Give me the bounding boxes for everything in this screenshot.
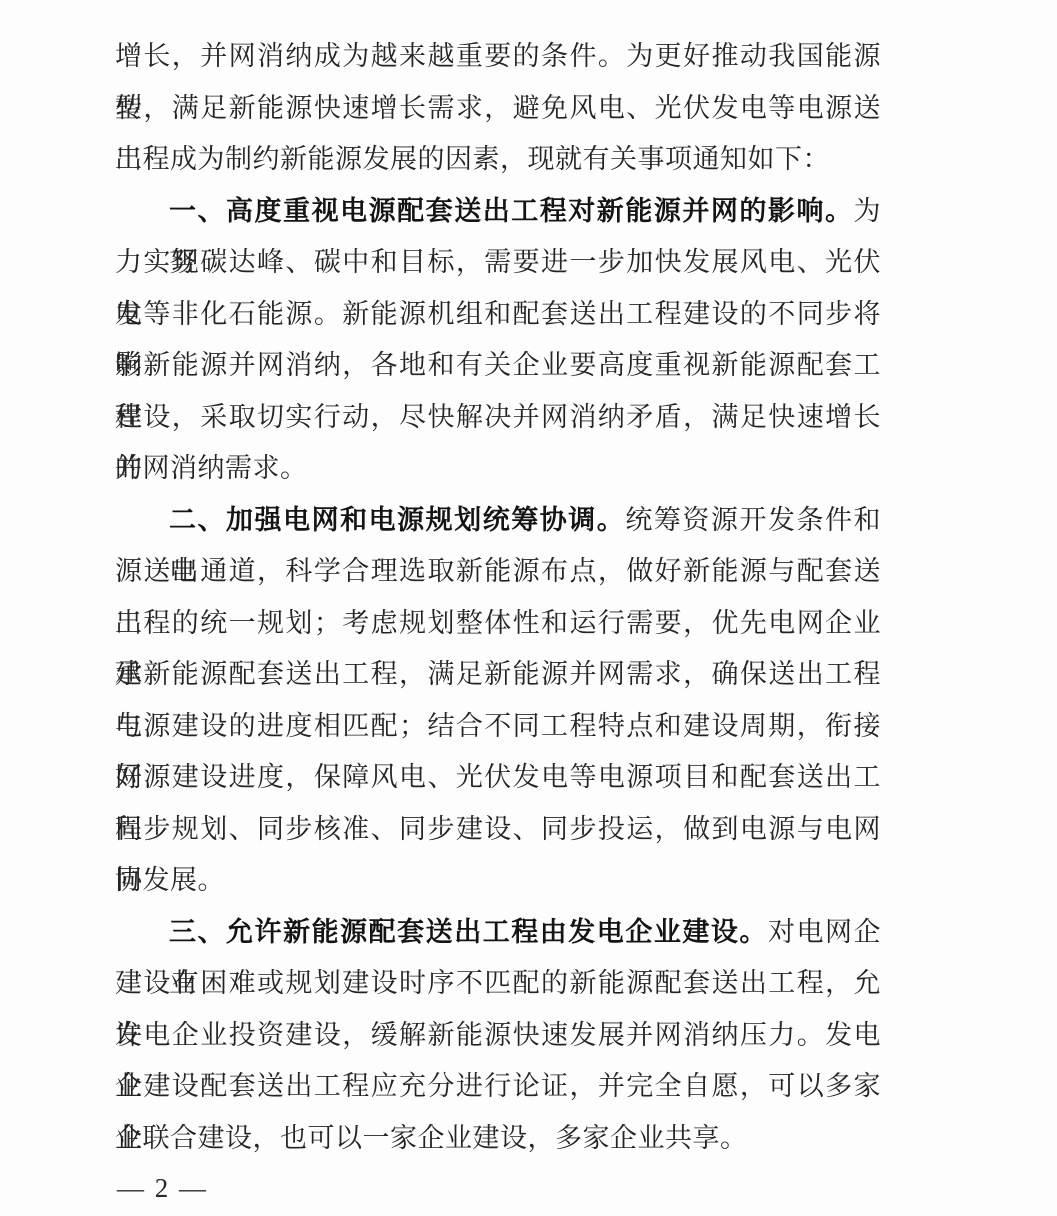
text-line: 业建设配套送出工程应充分进行论证，并完全自愿，可以多家企 (115, 1061, 881, 1113)
text-line: 型，满足新能源快速增长需求，避免风电、光伏发电等电源送出 (115, 83, 881, 135)
text-line: 业联合建设，也可以一家企业建设，多家企业共享。 (115, 1113, 881, 1165)
scanned-document-page: 增长，并网消纳成为越来越重要的条件。为更好推动我国能源转型，满足新能源快速增长需… (0, 0, 1057, 1216)
section-heading-line: 三、允许新能源配套送出工程由发电企业建设。对电网企业 (115, 907, 881, 959)
text-line: 同发展。 (115, 855, 881, 907)
text-line: 建设，采取切实行动，尽快解决并网消纳矛盾，满足快速增长的 (115, 392, 881, 444)
body-text: 并网消纳需求。 (115, 453, 308, 483)
heading-text: 一、高度重视电源配套送出工程对新能源并网的影响。 (169, 196, 854, 226)
text-line: 工程成为制约新能源发展的因素，现就有关事项通知如下： (115, 134, 881, 186)
text-line: 工程的统一规划；考虑规划整体性和运行需要，优先电网企业承 (115, 598, 881, 650)
text-line: 响新能源并网消纳，各地和有关企业要高度重视新能源配套工程 (115, 340, 881, 392)
text-line: 力实现碳达峰、碳中和目标，需要进一步加快发展风电、光伏发 (115, 237, 881, 289)
text-line: 并网消纳需求。 (115, 443, 881, 495)
text-line: 建设有困难或规划建设时序不匹配的新能源配套送出工程，允许 (115, 958, 881, 1010)
section-heading-line: 二、加强电网和电源规划统筹协调。统筹资源开发条件和电 (115, 495, 881, 547)
text-line: 建新能源配套送出工程，满足新能源并网需求，确保送出工程与 (115, 649, 881, 701)
page-number: — 2 — (117, 1168, 208, 1208)
document-body: 增长，并网消纳成为越来越重要的条件。为更好推动我国能源转型，满足新能源快速增长需… (115, 31, 881, 1164)
body-text: 工程成为制约新能源发展的因素，现就有关事项通知如下： (115, 144, 830, 174)
text-line: 网源建设进度，保障风电、光伏发电等电源项目和配套送出工程 (115, 752, 881, 804)
text-line: 电源建设的进度相匹配；结合不同工程特点和建设周期，衔接好 (115, 701, 881, 753)
text-line: 源送出通道，科学合理选取新能源布点，做好新能源与配套送出 (115, 546, 881, 598)
text-line: 发电企业投资建设，缓解新能源快速发展并网消纳压力。发电企 (115, 1010, 881, 1062)
heading-text: 三、允许新能源配套送出工程由发电企业建设。 (169, 917, 768, 947)
text-line: 同步规划、同步核准、同步建设、同步投运，做到电源与电网协 (115, 804, 881, 856)
section-heading-line: 一、高度重视电源配套送出工程对新能源并网的影响。为努 (115, 186, 881, 238)
heading-text: 二、加强电网和电源规划统筹协调。 (169, 505, 625, 535)
text-line: 电等非化石能源。新能源机组和配套送出工程建设的不同步将影 (115, 289, 881, 341)
body-text: 同发展。 (115, 865, 225, 895)
body-text: 业联合建设，也可以一家企业建设，多家企业共享。 (115, 1123, 748, 1153)
text-line: 增长，并网消纳成为越来越重要的条件。为更好推动我国能源转 (115, 31, 881, 83)
